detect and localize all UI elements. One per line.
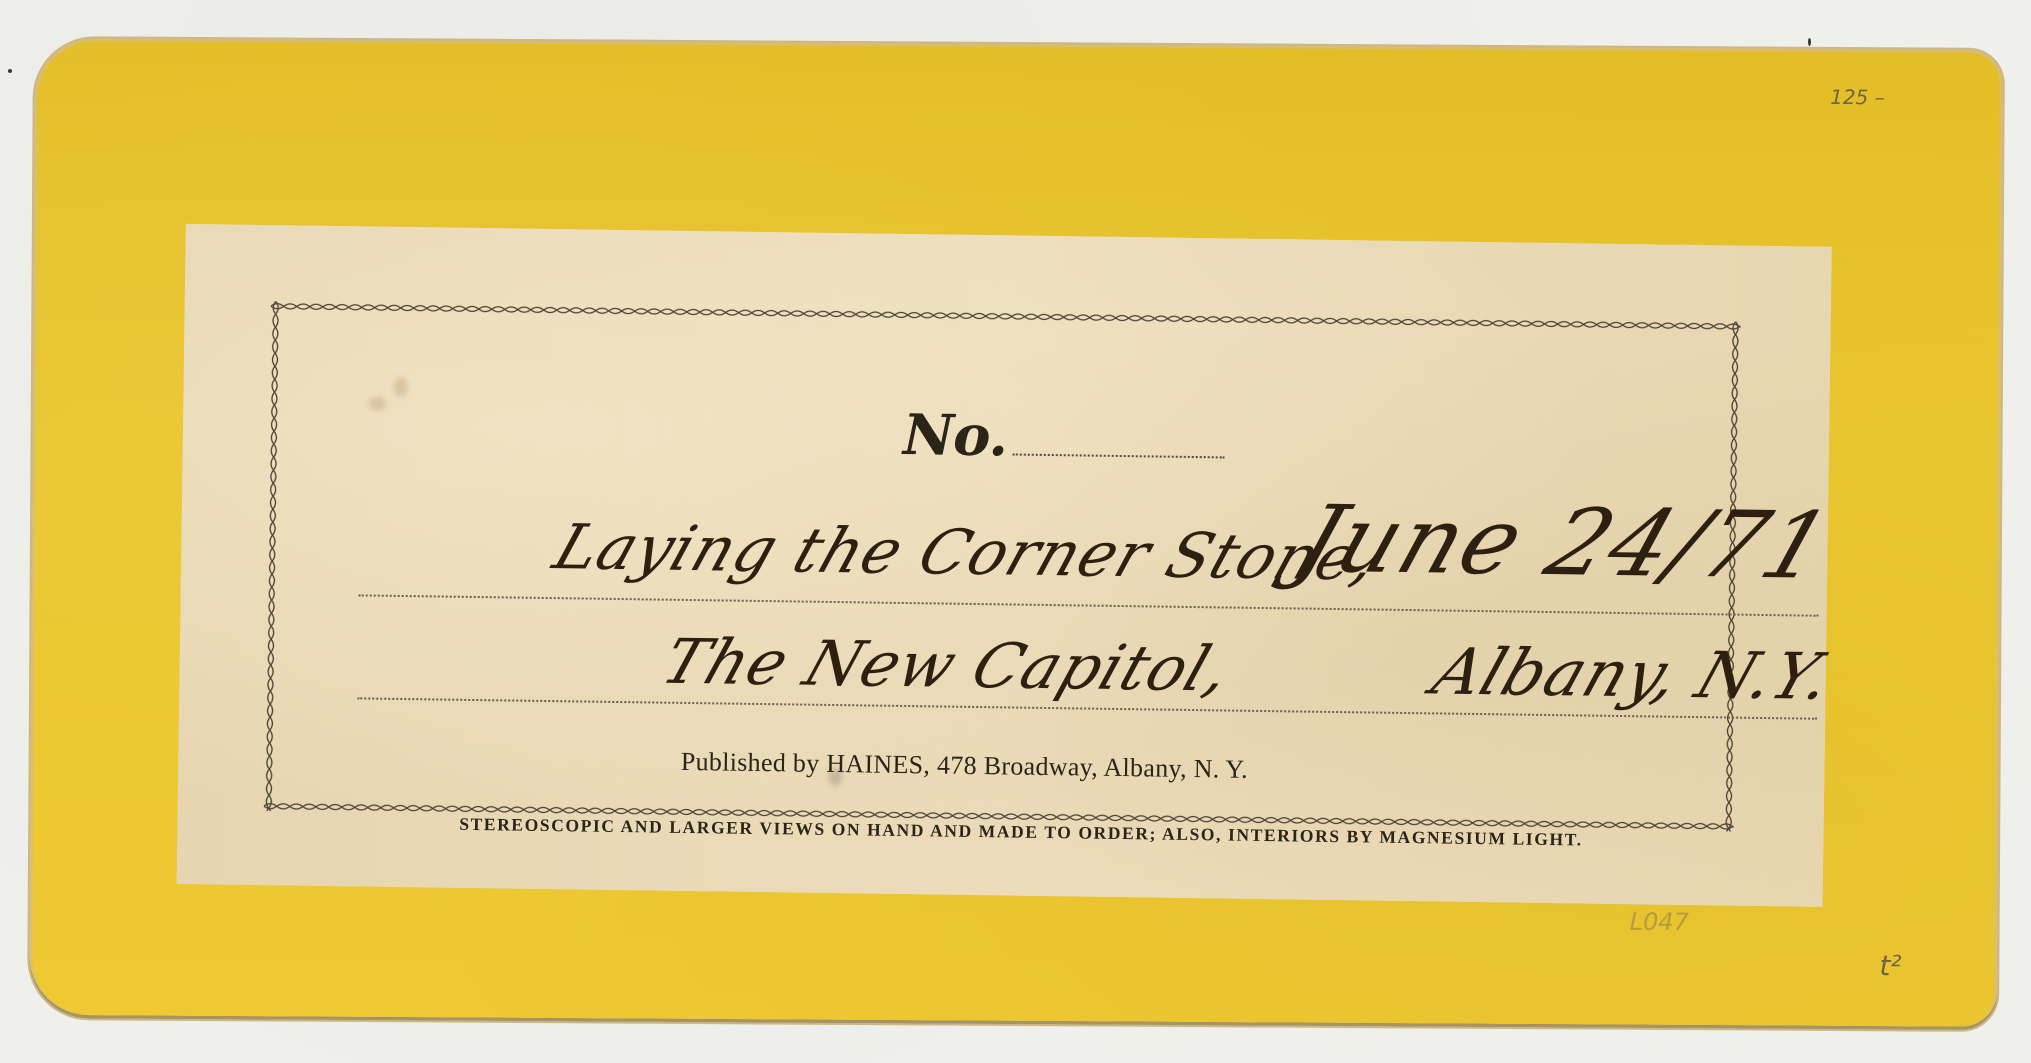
pencil-note-bottom-middle: L047 [1630, 908, 1689, 936]
handwritten-date: June 24/71 [1284, 486, 1844, 600]
pencil-note-top-right: 125 – [1830, 85, 1885, 109]
stereoview-mount: 125 – L047 t² No [29, 38, 2003, 1030]
handwritten-subject: The New Capitol, [653, 625, 1241, 706]
pencil-note-bottom-right: t² [1879, 949, 1901, 982]
dust-speck [8, 69, 12, 73]
handwritten-title: Laying the Corner Stone, [545, 510, 1389, 594]
number-blank-line [1013, 453, 1225, 458]
ornamental-border: No. Laying the Corner Stone, June 24/71 … [264, 301, 1741, 831]
publisher-label: No. Laying the Corner Stone, June 24/71 … [177, 224, 1832, 907]
number-label: No. [903, 402, 1008, 469]
dust-speck [1808, 38, 1811, 46]
handwritten-place: Albany, N.Y. [1423, 636, 1842, 715]
